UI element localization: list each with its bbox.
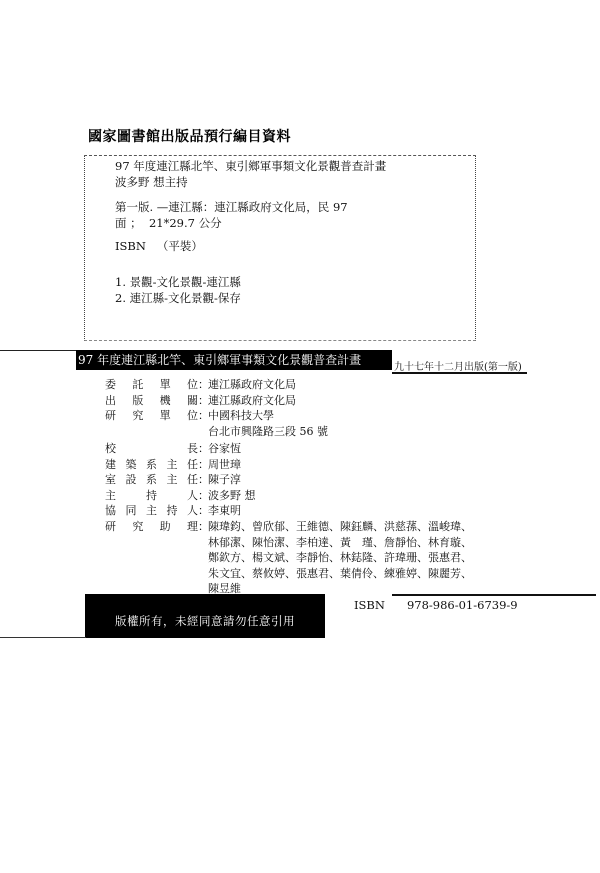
credit-label: 出版機關 (105, 393, 198, 408)
credit-row: 主持人：波多野 想 (105, 488, 256, 503)
credit-value: 連江縣政府文化局 (208, 377, 296, 392)
assistants-line: 朱文宜、蔡攸婷、張惠君、葉倩伶、練雅婷、陳麗芳、 (208, 566, 472, 581)
colon: ： (198, 503, 208, 518)
footer-rule (392, 594, 596, 596)
cip-subject-1: 1. 景觀-文化景觀-連江縣 (115, 275, 241, 290)
credit-label: 室設系主任 (105, 472, 198, 487)
credit-label: 委託單位 (105, 377, 198, 392)
colon: ： (198, 472, 208, 487)
credit-address: 台北市興隆路三段 56 號 (208, 424, 328, 439)
cip-publication: 第一版. —連江縣：連江縣政府文化局，民 97 (115, 200, 348, 215)
isbn-label: ISBN (354, 598, 385, 612)
copyright-notice: 版權所有，未經同意請勿任意引用 (85, 594, 325, 638)
title-band: 97 年度連江縣北竿、東引鄉軍事類文化景觀普查計畫 (76, 350, 392, 370)
credit-row: 室設系主任：陳子淳 (105, 472, 241, 487)
credit-value: 波多野 想 (208, 488, 256, 503)
credit-row: 研究助理：陳瑋鈞、曾欣郁、王維德、陳鈺麟、洪慈蓀、溫峻瑋、 (105, 519, 472, 534)
credit-value: 陳子淳 (208, 472, 241, 487)
cip-heading: 國家圖書館出版品預行編目資料 (88, 126, 291, 146)
cip-record-box: 97 年度連江縣北竿、東引鄉軍事類文化景觀普查計畫 波多野 想主持 第一版. —… (84, 155, 476, 341)
assistants-line: 林郁潔、陳怡潔、李柏達、黃 瑾、詹靜怡、林育璇、 (208, 535, 472, 550)
credit-value: 中國科技大學 (208, 408, 274, 423)
divider-rule (0, 350, 76, 351)
isbn-footer: ISBN978-986-01-6739-9 (354, 598, 518, 612)
colon: ： (198, 408, 208, 423)
cip-title: 97 年度連江縣北竿、東引鄉軍事類文化景觀普查計畫 (115, 159, 386, 174)
credit-value: 連江縣政府文化局 (208, 393, 296, 408)
colon: ： (198, 488, 208, 503)
cip-pages: 面 ； 21*29.7 公分 (115, 216, 222, 231)
credit-label: 主持人 (105, 488, 198, 503)
colon: ： (198, 377, 208, 392)
colon: ： (198, 519, 208, 534)
colon: ： (198, 457, 208, 472)
credit-value: 李東明 (208, 503, 241, 518)
cip-author: 波多野 想主持 (115, 175, 188, 190)
credit-value: 周世璋 (208, 457, 241, 472)
edition-note: 九十七年十二月出版(第一版) (394, 358, 522, 373)
credit-row: 出版機關：連江縣政府文化局 (105, 393, 296, 408)
bottom-rule (0, 637, 86, 638)
isbn-number: 978-986-01-6739-9 (407, 598, 518, 612)
assistants-line: 鄭欽方、楊文斌、李靜怡、林鋕隆、許瑋珊、張惠君、 (208, 550, 472, 565)
edition-rule (392, 372, 527, 374)
colon: ： (198, 393, 208, 408)
credit-label: 研究單位 (105, 408, 198, 423)
credit-row: 校長：谷家恆 (105, 441, 241, 456)
credit-label: 研究助理 (105, 519, 198, 534)
credit-row: 委託單位：連江縣政府文化局 (105, 377, 296, 392)
credit-row: 研究單位：中國科技大學 (105, 408, 274, 423)
cip-subject-2: 2. 連江縣-文化景觀-保存 (115, 291, 241, 306)
credit-value: 谷家恆 (208, 441, 241, 456)
colon: ： (198, 441, 208, 456)
credit-label: 建築系主任 (105, 457, 198, 472)
credit-row: 建築系主任：周世璋 (105, 457, 241, 472)
cip-isbn: ISBN （平裝） (115, 239, 203, 254)
credit-value: 陳瑋鈞、曾欣郁、王維德、陳鈺麟、洪慈蓀、溫峻瑋、 (208, 519, 472, 534)
credit-label: 協同主持人 (105, 503, 198, 518)
credit-label: 校長 (105, 441, 198, 456)
credit-row: 協同主持人：李東明 (105, 503, 241, 518)
